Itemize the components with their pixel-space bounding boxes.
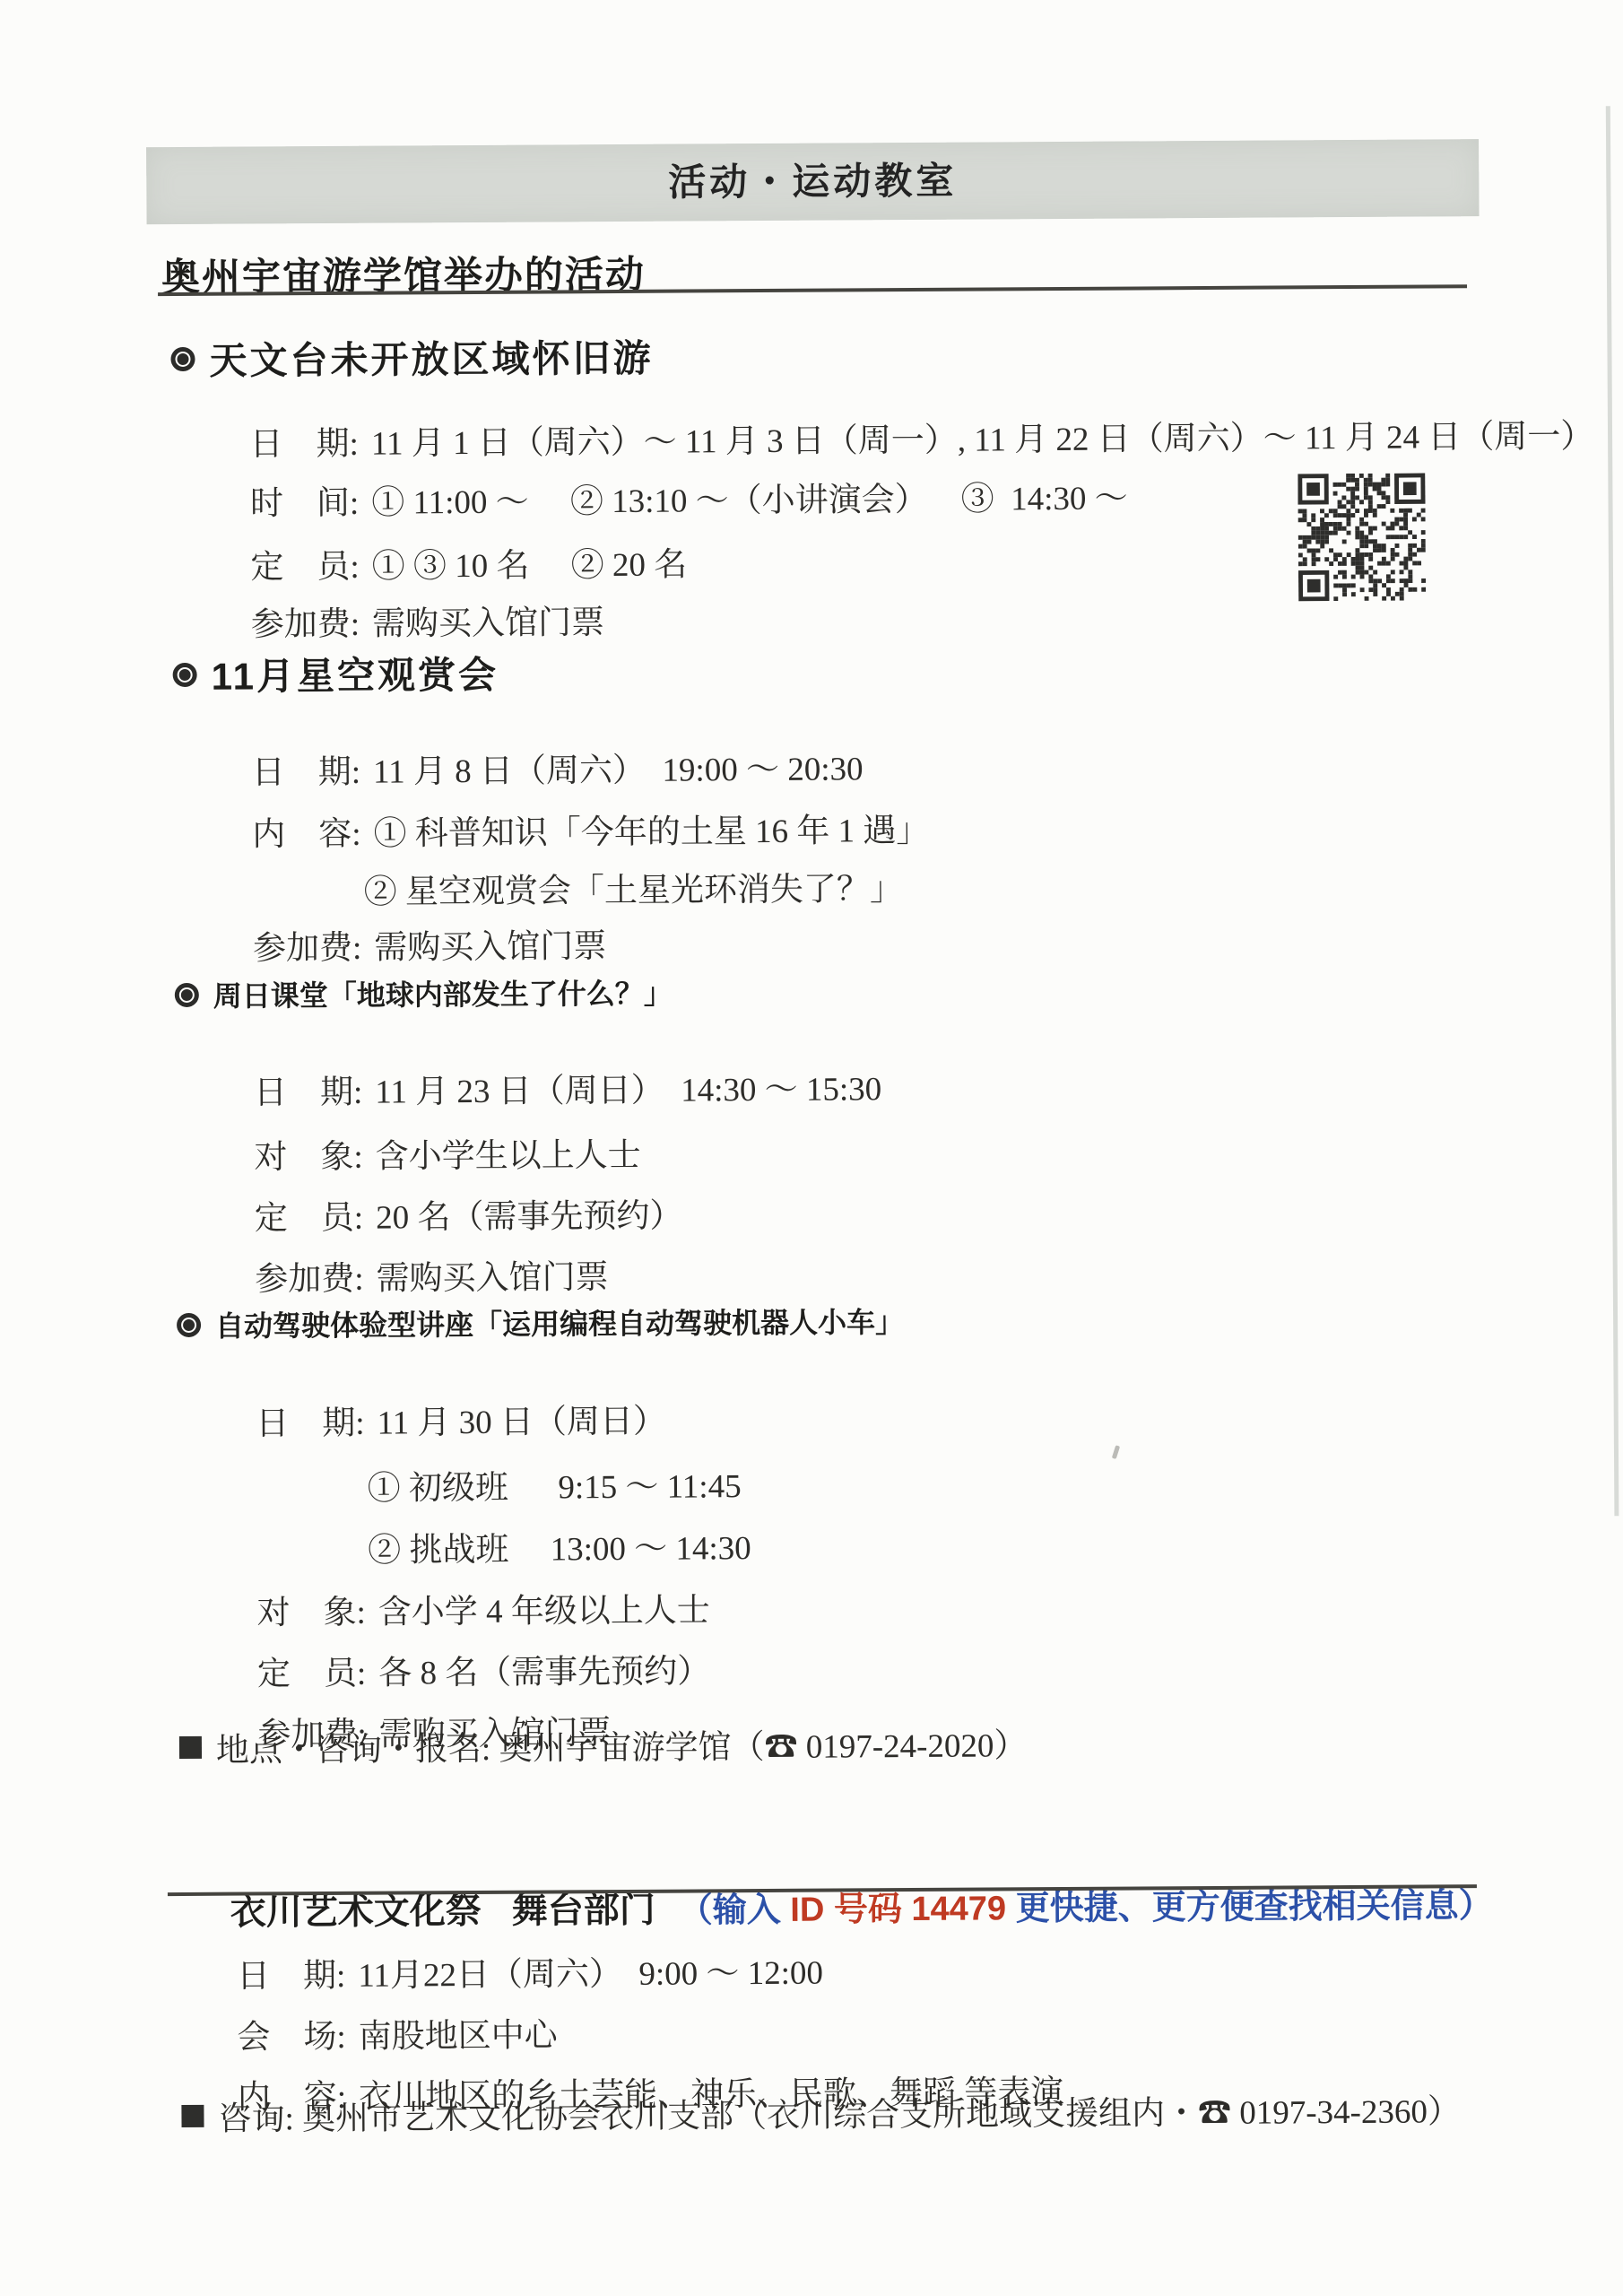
bullet-fisheye-icon bbox=[173, 662, 197, 686]
contact-text: 地点・咨询・报名: 奥州宇宙游学馆（☎ 0197-24-2020） bbox=[216, 1718, 1028, 1771]
event-title-text: 11月星空观赏会 bbox=[211, 646, 499, 701]
section-header-bar: 活动・运动教室 bbox=[146, 139, 1479, 224]
document-sheet: 活动・运动教室 奥州宇宙游学馆举办的活动 天文台未开放区域怀旧游 日 期:11 … bbox=[0, 0, 1623, 2296]
row-label: 参加费: bbox=[255, 1261, 364, 1299]
bullet-fisheye-icon bbox=[177, 1312, 201, 1336]
page-title: 活动・运动教室 bbox=[146, 139, 1479, 224]
scan-artifact bbox=[1112, 1445, 1120, 1459]
event-title-text: 自动驾驶体验型讲座「运用编程自动驾驶机器人小车」 bbox=[215, 1300, 904, 1345]
row-value: 需购买入馆门票 bbox=[372, 604, 604, 643]
note-blue-text: 更快捷、更方便查找相关信息） bbox=[1006, 1887, 1493, 1927]
scanned-document-page: 活动・运动教室 奥州宇宙游学馆举办的活动 天文台未开放区域怀旧游 日 期:11 … bbox=[0, 0, 1623, 2296]
square-bullet-icon bbox=[181, 2104, 204, 2126]
square-bullet-icon bbox=[179, 1735, 202, 1758]
row-value: 需购买入馆门票 bbox=[374, 928, 606, 967]
row-value: 奥州市艺术文化协会衣川支部（衣川综合支所地域支援组内・☎ 0197-34-236… bbox=[302, 2093, 1461, 2137]
event-title: 周日课堂「地球内部发生了什么？」 bbox=[175, 971, 673, 1015]
row-label: 咨询: bbox=[218, 2100, 294, 2138]
row-value: 需购买入馆门票 bbox=[376, 1259, 608, 1298]
qr-code bbox=[1298, 473, 1426, 601]
scan-edge-shadow bbox=[1606, 106, 1619, 1516]
contact-row: 咨询: 奥州市艺术文化协会衣川支部（衣川综合支所地域支援组内・☎ 0197-34… bbox=[181, 2083, 1461, 2140]
contact-text: 咨询: 奥州市艺术文化协会衣川支部（衣川综合支所地域支援组内・☎ 0197-34… bbox=[218, 2083, 1461, 2139]
row-label: 参加费: bbox=[251, 606, 360, 644]
event-title: 自动驾驶体验型讲座「运用编程自动驾驶机器人小车」 bbox=[177, 1300, 904, 1345]
contact-row: 地点・咨询・报名: 奥州宇宙游学馆（☎ 0197-24-2020） bbox=[179, 1718, 1028, 1771]
bullet-fisheye-icon bbox=[175, 982, 199, 1006]
event-title-text: 周日课堂「地球内部发生了什么？」 bbox=[213, 971, 673, 1015]
bullet-fisheye-icon bbox=[170, 346, 195, 370]
row-label: 参加费: bbox=[253, 930, 362, 968]
row-label: 地点・咨询・报名: bbox=[216, 1731, 491, 1770]
row-value: 奥州宇宙游学馆（☎ 0197-24-2020） bbox=[499, 1727, 1027, 1768]
event-title: 11月星空观赏会 bbox=[172, 646, 499, 701]
